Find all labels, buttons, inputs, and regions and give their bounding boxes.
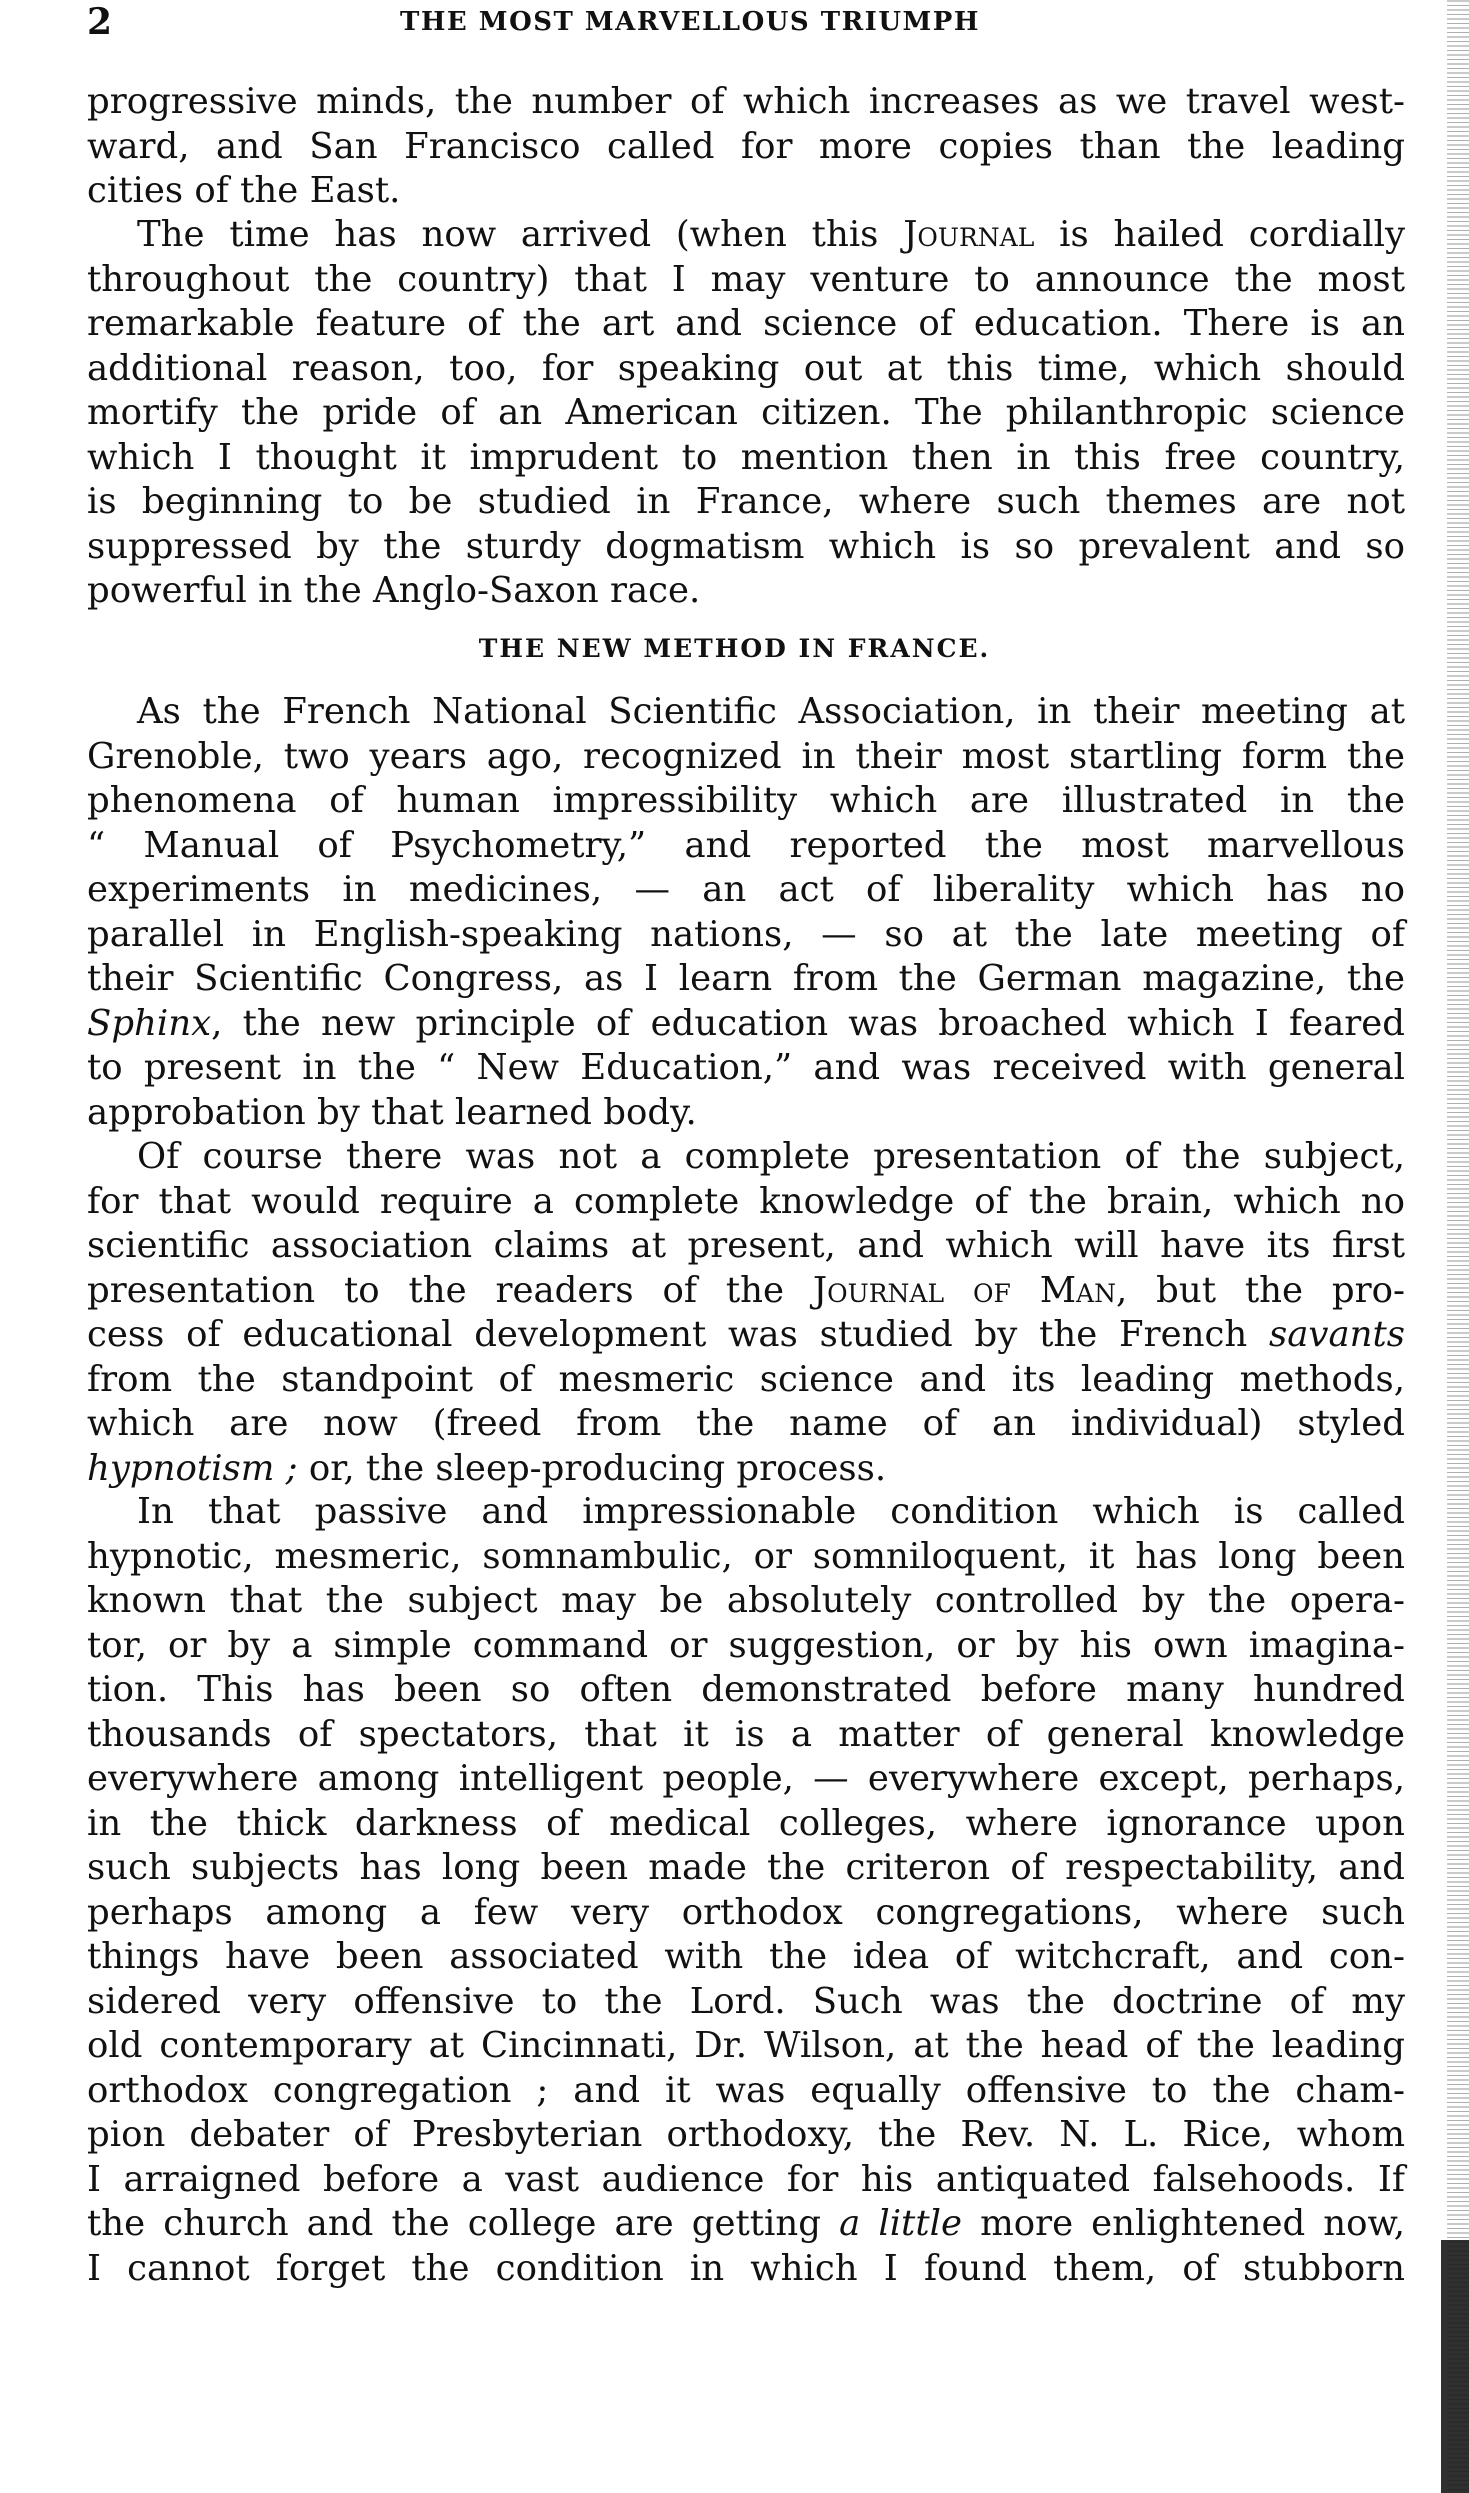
text-line: throughout the country) that I may ventu… [87,258,1405,303]
paragraph-5: In that passive and impressionable condi… [87,1490,1405,2291]
journal-of-man-title: Journal of Man [813,1270,1116,1311]
text-line: hypnotism ; or, the sleep-producing proc… [87,1447,1405,1492]
text-line: to present in the “ New Education,” and … [87,1046,1405,1091]
page-edge-speckle [1447,0,1469,2493]
text-line: additional reason, too, for speaking out… [87,347,1405,392]
text-line: I cannot forget the condition in which I… [87,2247,1405,2292]
text-line: parallel in English-speaking nations, — … [87,913,1405,958]
text-line: which are now (freed from the name of an… [87,1402,1405,1447]
text-line: their Scientific Congress, as I learn fr… [87,957,1405,1002]
a-little-italic: a little [839,2203,962,2244]
text-line: mortify the pride of an American citizen… [87,391,1405,436]
book-page: 2 THE MOST MARVELLOUS TRIUMPH progressiv… [0,0,1469,2493]
text-line: scientific association claims at present… [87,1224,1405,1269]
journal-title: Journal [903,214,1034,255]
text-line: The time has now arrived (when this Jour… [87,213,1405,258]
text-line: pion debater of Presbyterian orthodoxy, … [87,2113,1405,2158]
text-line: such subjects has long been made the cri… [87,1846,1405,1891]
paragraph-1: progressive minds, the number of which i… [87,80,1405,214]
section-heading: THE NEW METHOD IN FRANCE. [0,634,1469,663]
text-line: phenomena of human impressibility which … [87,779,1405,824]
text-line: remarkable feature of the art and scienc… [87,302,1405,347]
text-line: hypnotic, mesmeric, somnambulic, or somn… [87,1535,1405,1580]
text-line: for that would require a complete knowle… [87,1180,1405,1225]
page-edge-shadow [1441,2240,1469,2493]
text-line: suppressed by the sturdy dogmatism which… [87,525,1405,570]
text-line: Grenoble, two years ago, recognized in t… [87,735,1405,780]
hypnotism-italic: hypnotism ; [87,1448,298,1489]
text-line: sidered very offensive to the Lord. Such… [87,1980,1405,2025]
text-line: In that passive and impressionable condi… [87,1490,1405,1535]
text-line: perhaps among a few very orthodox congre… [87,1891,1405,1936]
text-line: orthodox congregation ; and it was equal… [87,2069,1405,2114]
paragraph-3: As the French National Scientific Associ… [87,690,1405,1135]
text-line: approbation by that learned body. [87,1091,1405,1136]
savants-italic: savants [1269,1314,1405,1355]
text-line: in the thick darkness of medical college… [87,1802,1405,1847]
text-line: “ Manual of Psychometry,” and reported t… [87,824,1405,869]
text-line: is beginning to be studied in France, wh… [87,480,1405,525]
text-line: tion. This has been so often demonstrate… [87,1668,1405,1713]
text-line: from the standpoint of mesmeric science … [87,1358,1405,1403]
paragraph-4: Of course there was not a complete prese… [87,1135,1405,1491]
text-line: the church and the college are getting a… [87,2202,1405,2247]
text-line: which I thought it imprudent to mention … [87,436,1405,481]
text-line: everywhere among intelligent people, — e… [87,1757,1405,1802]
sphinx-italic: Sphinx [87,1003,211,1044]
text-line: cities of the East. [87,169,1405,214]
text-line: powerful in the Anglo-Saxon race. [87,569,1405,614]
text-line: I arraigned before a vast audience for h… [87,2158,1405,2203]
text-line: As the French National Scientific Associ… [87,690,1405,735]
text-line: Of course there was not a complete prese… [87,1135,1405,1180]
text-line: Sphinx, the new principle of education w… [87,1002,1405,1047]
text-line: tor, or by a simple command or suggestio… [87,1624,1405,1669]
text-line: cess of educational development was stud… [87,1313,1405,1358]
text-line: experiments in medicines, — an act of li… [87,868,1405,913]
paragraph-2: The time has now arrived (when this Jour… [87,213,1405,614]
text-line: ward, and San Francisco called for more … [87,125,1405,170]
text-line: things have been associated with the ide… [87,1935,1405,1980]
running-title: THE MOST MARVELLOUS TRIUMPH [400,2,1100,42]
text-line: thousands of spectators, that it is a ma… [87,1713,1405,1758]
text-line: known that the subject may be absolutely… [87,1579,1405,1624]
text-line: presentation to the readers of the Journ… [87,1269,1405,1314]
text-line: old contemporary at Cincinnati, Dr. Wils… [87,2024,1405,2069]
text-line: progressive minds, the number of which i… [87,80,1405,125]
page-number: 2 [87,0,112,44]
